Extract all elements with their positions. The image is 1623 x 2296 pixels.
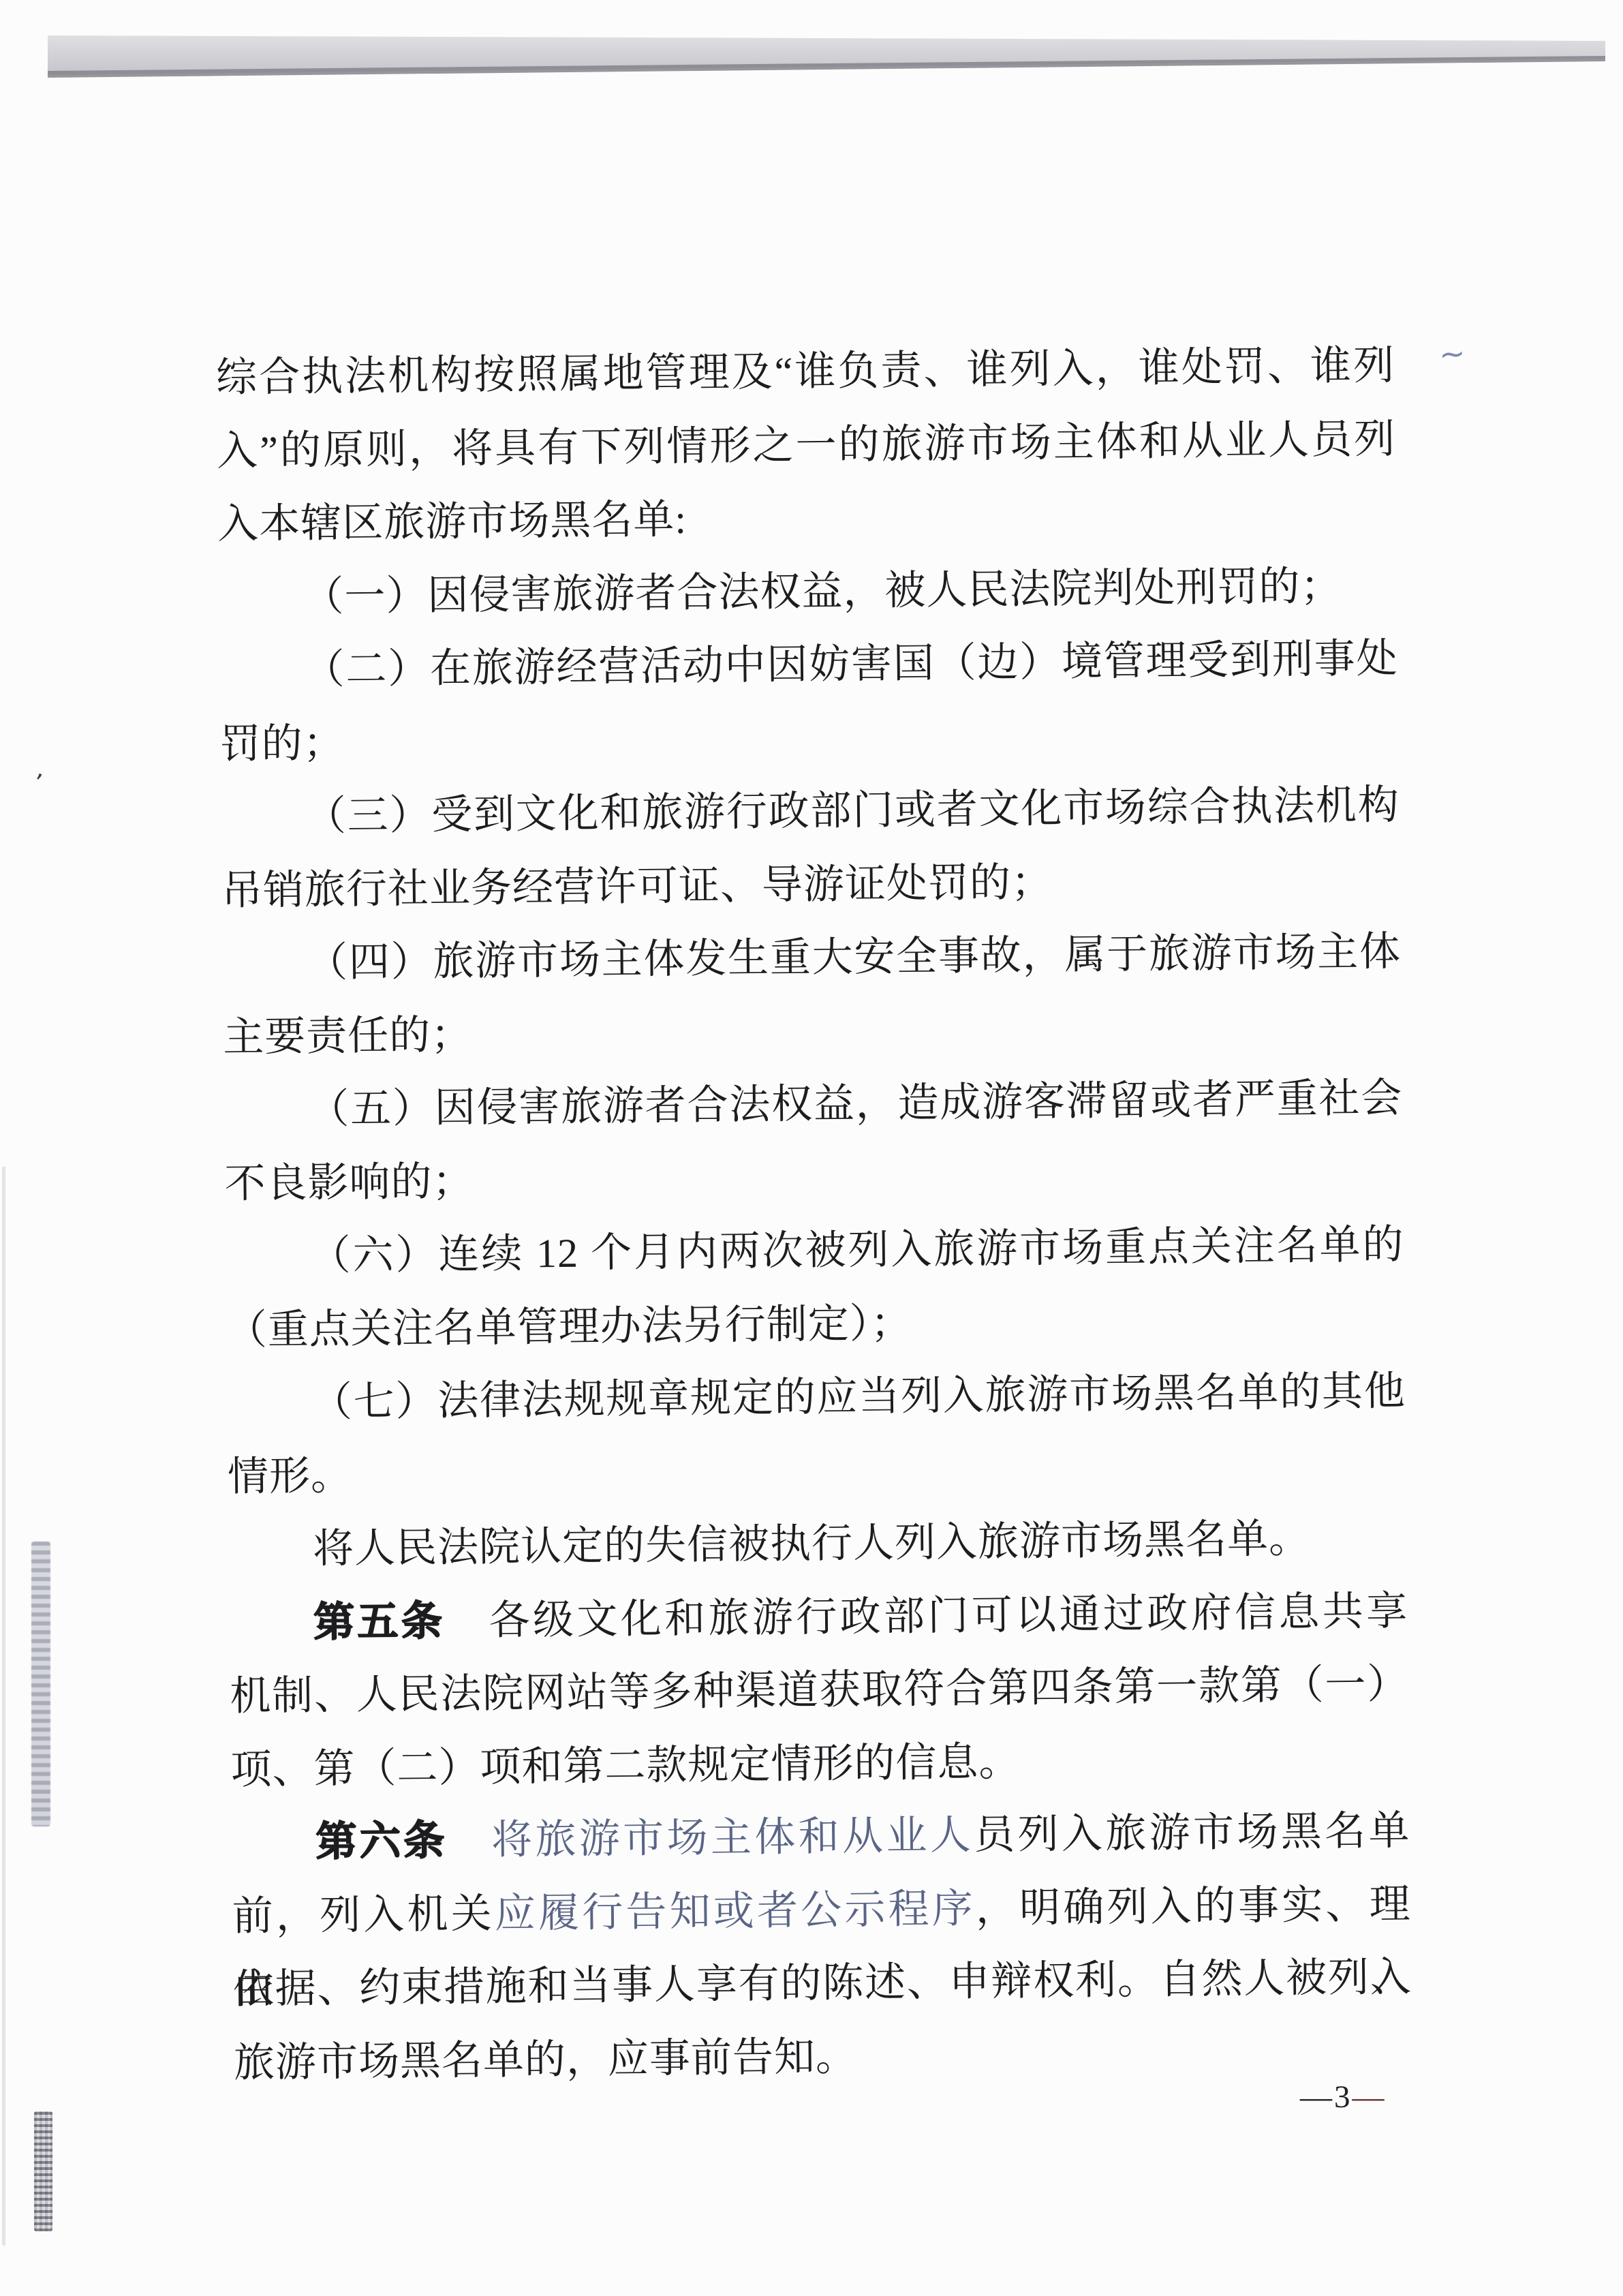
text-segment: 入”的原则，将具有下列情形之一的旅游市场主体和从业人员列 — [217, 416, 1396, 474]
text-line: 项、第（二）项和第二款规定情形的信息。 — [230, 1721, 1410, 1807]
text-line: 吊销旅行社业务经营许可证、导游证处罚的； — [221, 842, 1400, 928]
text-line: 入”的原则，将具有下列情形之一的旅游市场主体和从业人员列 — [217, 403, 1396, 489]
text-segment: 情形。 — [228, 1453, 353, 1499]
text-segment: 主要责任的； — [223, 1012, 473, 1060]
page-number: —3— — [1300, 2079, 1387, 2115]
text-line: 罚的； — [219, 695, 1399, 781]
text-segment: 第六条 — [315, 1818, 448, 1865]
text-segment: 罚的； — [219, 720, 345, 767]
scan-artifact-top-band — [0, 0, 1623, 109]
text-line: 前，列入机关应履行告知或者公示程序，明确列入的事实、理由、 — [232, 1867, 1411, 1953]
text-segment: 各级文化和旅游行政部门可以通过政府信息共享 — [445, 1588, 1408, 1643]
text-line: 入本辖区旅游市场黑名单: — [217, 476, 1397, 562]
text-line: （四）旅游市场主体发生重大安全事故，属于旅游市场主体 — [222, 915, 1402, 1001]
text-line: 将人民法院认定的失信被执行人列入旅游市场黑名单。 — [228, 1501, 1408, 1587]
page-number-right-dash: — — [1352, 2079, 1387, 2115]
text-segment — [447, 1818, 491, 1863]
text-segment: （一）因侵害旅游者合法权益，被人民法院判处刑罚的； — [303, 563, 1342, 619]
stray-ink-mark: , — [34, 754, 48, 784]
text-segment: （重点关注名单管理办法另行制定）； — [226, 1300, 912, 1353]
text-segment: （六）连续 12 个月内两次被列入旅游市场重点关注名单的 — [309, 1222, 1404, 1279]
text-segment: 入本辖区旅游市场黑名单: — [217, 497, 687, 547]
text-segment: （三）受到文化和旅游行政部门或者文化市场综合执法机构 — [305, 782, 1400, 839]
text-segment: 依据、约束措施和当事人享有的陈述、申辩权利。自然人被列入 — [233, 1955, 1412, 2012]
stray-pen-tilde-mark: ~ — [1438, 335, 1466, 373]
text-line: （一）因侵害旅游者合法权益，被人民法院判处刑罚的； — [218, 549, 1397, 634]
text-line: （七）法律法规规章规定的应当列入旅游市场黑名单的其他 — [226, 1355, 1406, 1441]
text-segment: 旅游市场黑名单的，应事前告知。 — [234, 2034, 858, 2085]
text-segment: 将旅游市场主体和从业人 — [491, 1813, 974, 1863]
text-line: （三）受到文化和旅游行政部门或者文化市场综合执法机构 — [220, 769, 1400, 855]
text-segment: 不良影响的； — [224, 1159, 474, 1206]
scan-artifact-left-edge-line — [2, 1167, 5, 2246]
text-line: （五）因侵害旅游者合法权益，造成游客滞留或者严重社会 — [223, 1062, 1403, 1148]
text-segment: 机制、人民法院网站等多种渠道获取符合第四条第一款第（一） — [230, 1662, 1409, 1719]
text-line: 依据、约束措施和当事人享有的陈述、申辩权利。自然人被列入 — [232, 1941, 1412, 2027]
document-lines: 综合执法机构按照属地管理及“谁负责、谁列入，谁处罚、谁列入”的原则，将具有下列情… — [216, 329, 1413, 2100]
text-segment: 前，列入机关 — [232, 1891, 495, 1938]
scan-artifact-vertical-streak-upper — [31, 1542, 50, 1826]
text-line: 情形。 — [227, 1428, 1406, 1514]
text-line: （重点关注名单管理办法另行制定）； — [226, 1281, 1405, 1367]
text-segment: 应履行告知或者公示程序 — [495, 1886, 976, 1935]
scan-artifact-vertical-streak-lower — [34, 2111, 52, 2231]
text-line: （二）在旅游经营活动中因妨害国（边）境管理受到刑事处 — [219, 622, 1398, 708]
text-segment: 吊销旅行社业务经营许可证、导游证处罚的； — [221, 859, 1053, 913]
text-line: 旅游市场黑名单的，应事前告知。 — [233, 2014, 1412, 2100]
text-segment: （五）因侵害旅游者合法权益，造成游客滞留或者严重社会 — [308, 1075, 1403, 1132]
text-segment: 综合执法机构按照属地管理及“谁负责、谁列入，谁处罚、谁列 — [216, 343, 1395, 400]
text-line: 第六条 将旅游市场主体和从业人员列入旅游市场黑名单 — [231, 1794, 1410, 1880]
text-segment: （七）法律法规规章规定的应当列入旅游市场黑名单的其他 — [311, 1368, 1406, 1425]
text-line: 机制、人民法院网站等多种渠道获取符合第四条第一款第（一） — [230, 1648, 1409, 1734]
scanned-document-page: , ~ 综合执法机构按照属地管理及“谁负责、谁列入，谁处罚、谁列入”的原则，将具… — [0, 0, 1623, 2296]
text-segment: 第五条 — [313, 1598, 446, 1644]
page-number-digit: 3 — [1334, 2079, 1352, 2115]
text-line: （六）连续 12 个月内两次被列入旅游市场重点关注名单的 — [225, 1208, 1404, 1294]
page-number-left-dash: — — [1300, 2079, 1334, 2115]
text-line: 不良影响的； — [224, 1135, 1404, 1221]
text-line: 第五条 各级文化和旅游行政部门可以通过政府信息共享 — [229, 1574, 1408, 1660]
text-line: 主要责任的； — [223, 988, 1402, 1074]
text-segment: （二）在旅游经营活动中因妨害国（边）境管理受到刑事处 — [303, 636, 1398, 692]
text-line: 综合执法机构按照属地管理及“谁负责、谁列入，谁处罚、谁列 — [216, 329, 1395, 415]
text-segment: （四）旅游市场主体发生重大安全事故，属于旅游市场主体 — [307, 929, 1402, 985]
text-segment: 将人民法院认定的失信被执行人列入旅游市场黑名单。 — [313, 1516, 1311, 1571]
text-segment: 员列入旅游市场黑名单 — [974, 1808, 1410, 1858]
text-segment: 项、第（二）项和第二款规定情形的信息。 — [230, 1739, 1021, 1792]
